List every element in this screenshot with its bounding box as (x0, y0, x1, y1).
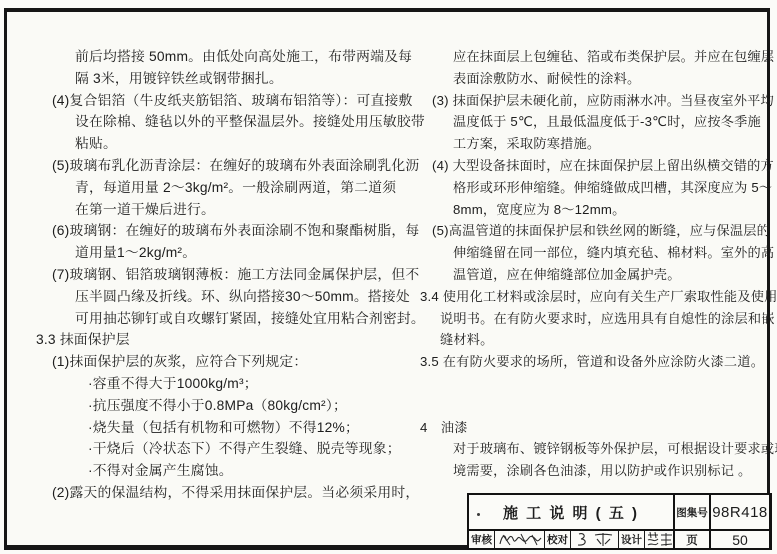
left-column-text-line: (5)玻璃布乳化沥青涂层：在缠好的玻璃布外表面涂刷乳化沥 (36, 155, 408, 177)
design-signature-scribble (646, 531, 673, 548)
right-column-text-line: 缝材料。 (420, 329, 772, 351)
review-label: 审核 (469, 531, 494, 548)
left-column-text-line: 青，每道用量 2～3kg/m²。一般涂刷两道，第二道须 (36, 177, 408, 199)
left-column-text-line: 前后均搭接 50mm。由低处向高处施工，布带两端及每 (36, 46, 408, 68)
right-column-text-line: 说明书。在有防火要求时，应选用具有自熄性的涂层和嵌 (420, 308, 772, 330)
right-column-text-line: 伸缩缝留在同一部位，缝内填充毡、棉材料。室外的高 (420, 242, 772, 264)
atlas-number-label: 图集号 (673, 495, 709, 529)
left-column-text-line: ·不得对金属产生腐蚀。 (36, 460, 408, 482)
right-column-text-line: 境需要，涂刷各色油漆，用以防护或作识别标记 。 (420, 460, 772, 482)
right-column-text-line: 格形或环形伸缩缝。伸缩缝做成凹槽，其深度应为 5～ (420, 177, 772, 199)
left-column-text-line: 道用量1～2kg/m²。 (36, 242, 408, 264)
page-label: 页 (673, 531, 709, 548)
right-column-text-line: 温度低于 5℃，且最低温度低于-3℃时，应按冬季施 (420, 111, 772, 133)
title-block-top-row: 施 工 说 明 ( 五 ) 图集号 98R418 (469, 495, 769, 531)
design-label: 设计 (618, 531, 644, 548)
left-column-text-line: 在第一道干燥后进行。 (36, 199, 408, 221)
left-text-column: 前后均搭接 50mm。由低处向高处施工，布带两端及每隔 3米，用镀锌铁丝或钢带捆… (36, 46, 408, 504)
left-column-text-line: ·烧失量（包括有机物和可燃物）不得12%； (36, 417, 408, 439)
left-column-text-line: 3.3 抹面保护层 (36, 329, 408, 351)
drawing-sheet: 前后均搭接 50mm。由低处向高处施工，布带两端及每隔 3米，用镀锌铁丝或钢带捆… (0, 0, 777, 554)
title-block-bottom-row: 审核 校对 设计 页 50 (469, 531, 769, 548)
title-block: 施 工 说 明 ( 五 ) 图集号 98R418 审核 校对 设计 (467, 493, 772, 550)
review-signature (494, 531, 544, 548)
left-column-text-line: 设在除棉、缝毡以外的平整保温层外。接缝处用压敏胶带 (36, 111, 408, 133)
right-column-text-line: 3.5 在有防火要求的场所，管道和设备外应涂防火漆二道。 (420, 351, 772, 373)
left-column-text-line: (2)露天的保温结构，不得采用抹面保护层。当必须采用时， (36, 482, 408, 504)
check-label: 校对 (544, 531, 570, 548)
left-column-text-line: 粘贴。 (36, 133, 408, 155)
left-column-text-line: 可用抽芯铆钉或自攻螺钉紧固，接缝处宜用粘合剂密封。 (36, 308, 408, 330)
left-column-text-line: 隔 3米，用镀锌铁丝或钢带捆扎。 (36, 68, 408, 90)
sheet-title: 施 工 说 明 ( 五 ) (469, 495, 673, 529)
right-column-text-line: 3.4 使用化工材料或涂层时，应向有关生产厂索取性能及使用 (420, 286, 772, 308)
left-column-text-line: ·容重不得大于1000kg/m³； (36, 373, 408, 395)
design-signature (644, 531, 673, 548)
right-column-text-line (420, 373, 772, 395)
right-column-text-line: 工方案，采取防寒措施。 (420, 133, 772, 155)
review-signature-scribble (497, 531, 543, 548)
right-text-column: 应在抹面层上包缠毡、箔或布类保护层。并应在包缠层表面涂敷防水、耐候性的涂料。(3… (420, 46, 772, 482)
right-column-text-line (420, 395, 772, 417)
atlas-number-value: 98R418 (709, 495, 769, 529)
left-column-text-line: ·抗压强度不得小于0.8MPa（80kg/cm²）； (36, 395, 408, 417)
right-column-text-line: 8mm，宽度应为 8～12mm。 (420, 199, 772, 221)
page-number: 50 (709, 531, 769, 548)
right-column-text-line: 4 油漆 (420, 417, 772, 439)
left-column-text-line: (1)抹面保护层的灰浆，应符合下列规定： (36, 351, 408, 373)
right-column-text-line: (4) 大型设备抹面时，应在抹面保护层上留出纵横交错的方 (420, 155, 772, 177)
right-column-text-line: 温管道，应在伸缩缝部位加金属护壳。 (420, 264, 772, 286)
check-signature-scribble (573, 531, 617, 548)
scan-speck (477, 513, 480, 516)
right-column-text-line: (5)高温管道的抹面保护层和铁丝网的断缝，应与保温层的 (420, 220, 772, 242)
left-column-text-line: 压半圆凸缘及折线。环、纵向搭接30～50mm。搭接处 (36, 286, 408, 308)
right-column-text-line: 对于玻璃布、镀锌钢板等外保护层，可根据设计要求或环 (420, 438, 772, 460)
left-column-text-line: (7)玻璃钢、铝箔玻璃钢薄板：施工方法同金属保护层，但不 (36, 264, 408, 286)
left-column-text-line: (4)复合铝箔（牛皮纸夹筋铝箔、玻璃布铝箔等）：可直接敷 (36, 90, 408, 112)
check-signature (570, 531, 618, 548)
right-column-text-line: (3) 抹面保护层未硬化前，应防雨淋水冲。当昼夜室外平均 (420, 90, 772, 112)
right-column-text-line: 表面涂敷防水、耐候性的涂料。 (420, 68, 772, 90)
left-column-text-line: (6)玻璃钢：在缠好的玻璃布外表面涂刷不饱和聚酯树脂，每 (36, 220, 408, 242)
right-column-text-line: 应在抹面层上包缠毡、箔或布类保护层。并应在包缠层 (420, 46, 772, 68)
left-column-text-line: ·干烧后（冷状态下）不得产生裂缝、脱壳等现象； (36, 438, 408, 460)
